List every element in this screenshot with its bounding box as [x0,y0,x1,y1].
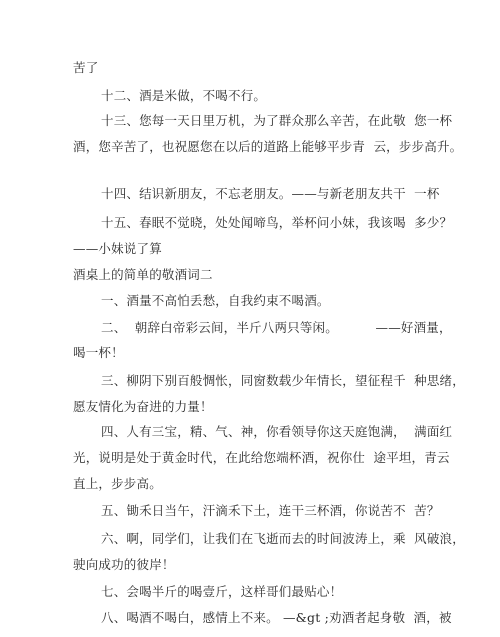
text-line: 十五、春眠不觉晓，处处闻啼鸟，举杯问小妹，我该喝 多少？ [101,215,452,231]
text-line: 三、柳阴下别百般惆怅，同窗数载少年情长，望征程千 种思绪， [101,373,465,389]
text-line: 一、酒量不高怕丢愁，自我约束不喝酒。 [101,293,330,309]
text-line: 酒，您辛苦了，也祝愿您在以后的道路上能够平步青 云，步步高升。 [73,139,462,155]
text-line: 四、人有三宝，精、气、神，你看领导你这天庭饱满， 满面红 [101,424,452,440]
text-line: 光，说明是处于黄金时代，在此给您端杯酒，祝你仕 途平坦，青云 [73,450,450,466]
text-line: ——小妹说了算 [73,241,162,257]
text-line: 十二、酒是米做，不喝不行。 [101,88,266,104]
text-line: 直上，步步高。 [73,476,162,492]
text-line: 二、 朝辞白帝彩云间，半斤八两只等闲。 ——好酒量， [101,320,452,336]
text-line: 十四、结识新朋友，不忘老朋友。——与新老朋友共干 一杯 [101,186,440,202]
document-page: 苦了 十二、酒是米做，不喝不行。 十三、您每一天日里万机，为了群众那么辛苦，在此… [0,0,500,637]
text-line: 驶向成功的彼岸！ [73,557,175,573]
text-line: 愿友情化为奋进的力量！ [73,399,213,415]
text-line: 十三、您每一天日里万机，为了群众那么辛苦，在此敬 您一杯 [101,113,452,129]
text-line: 七、会喝半斤的喝壹斤，这样哥们最贴心！ [101,584,342,600]
text-line: 喝一杯！ [73,345,124,361]
text-line: 八、喝酒不喝白，感情上不来。 —&gt ;劝酒者起身敬 酒，被 [101,610,452,626]
text-line: 苦了 [73,60,98,76]
section-heading: 酒桌上的简单的敬酒词二 [73,267,213,283]
text-line: 五、锄禾日当午，汗滴禾下土，连干三杯酒，你说苦不 苦？ [101,503,440,519]
text-line: 六、啊，同学们，让我们在飞逝而去的时间波涛上，乘 风破浪， [101,531,465,547]
